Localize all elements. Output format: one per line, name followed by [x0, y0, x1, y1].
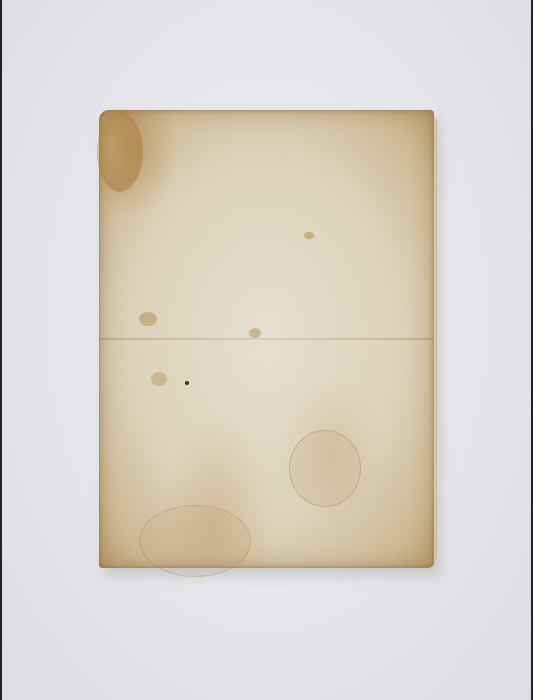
stain-spot: [151, 372, 167, 386]
corner-water-stain: [97, 112, 143, 192]
left-border: [0, 0, 2, 700]
water-ring-stain: [289, 430, 361, 507]
aged-paper-sheet: [99, 110, 434, 568]
horizontal-fold-crease: [99, 338, 434, 340]
stain-spot: [249, 328, 261, 338]
stain-spot: [304, 232, 314, 239]
stain-spot: [139, 312, 157, 326]
ink-dot: [185, 381, 189, 385]
water-ring-stain: [139, 505, 251, 577]
